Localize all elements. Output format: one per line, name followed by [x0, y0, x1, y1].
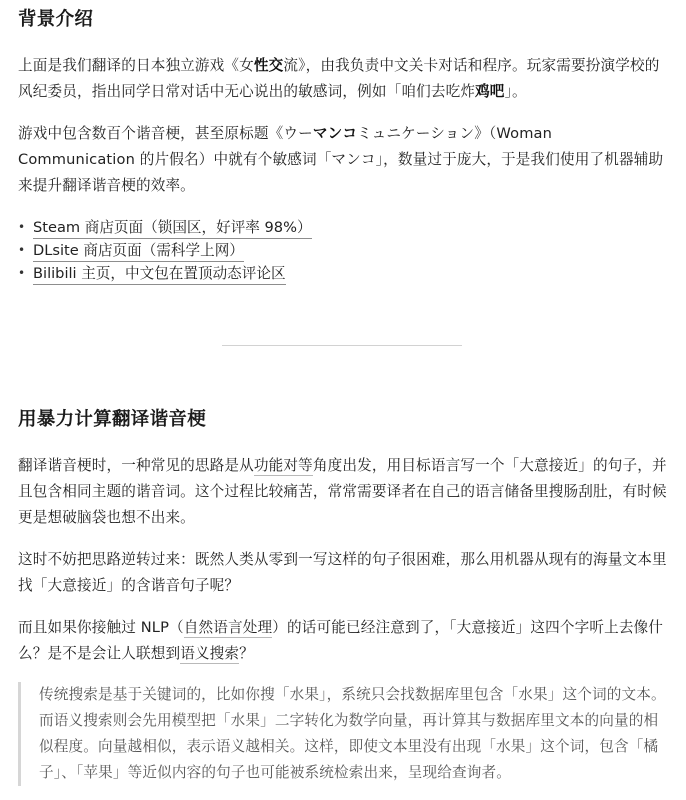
section-divider	[222, 345, 462, 346]
bullet-icon: •	[18, 216, 25, 239]
section-heading-brute-force: 用暴力计算翻译谐音梗	[18, 407, 206, 433]
semantic-search-link[interactable]: 语义搜索	[180, 645, 239, 664]
bullet-icon: •	[18, 239, 25, 262]
list-item: • Steam 商店页面（锁国区，好评率 98%）	[18, 216, 668, 239]
pun-count-paragraph: 游戏中包含数百个谐音梗，甚至原标题《ウーマンコミュニケーション》（Woman C…	[18, 121, 668, 199]
section-heading-background: 背景介绍	[18, 7, 93, 33]
nlp-link[interactable]: 自然语言处理	[184, 619, 272, 638]
dlsite-store-link[interactable]: DLsite 商店页面（需科学上网）	[33, 242, 244, 262]
functional-equivalence-link[interactable]: 功能对等	[254, 457, 313, 476]
semantic-search-quote: 传统搜索是基于关键词的，比如你搜「水果」，系统只会找数据库里包含「水果」这个词的…	[18, 682, 669, 786]
bold-highlight: マンコ	[313, 125, 357, 142]
list-item: • DLsite 商店页面（需科学上网）	[18, 239, 668, 262]
bold-highlight: 性交	[254, 57, 284, 74]
steam-store-link[interactable]: Steam 商店页面（锁国区，好评率 98%）	[33, 219, 312, 239]
bullet-icon: •	[18, 262, 25, 285]
reverse-thinking-paragraph: 这时不妨把思路逆转过来：既然人类从零到一写这样的句子很困难，那么用机器从现有的海…	[18, 547, 668, 599]
bilibili-page-link[interactable]: Bilibili 主页，中文包在置顶动态评论区	[33, 265, 286, 285]
intro-paragraph: 上面是我们翻译的日本独立游戏《女性交流》，由我负责中文关卡对话和程序。玩家需要扮…	[18, 53, 668, 105]
nlp-paragraph: 而且如果你接触过 NLP（自然语言处理）的话可能已经注意到了，「大意接近」这四个…	[18, 615, 668, 667]
list-item: • Bilibili 主页，中文包在置顶动态评论区	[18, 262, 668, 285]
quote-text: 传统搜索是基于关键词的，比如你搜「水果」，系统只会找数据库里包含「水果」这个词的…	[39, 682, 669, 786]
external-links-list: • Steam 商店页面（锁国区，好评率 98%） • DLsite 商店页面（…	[18, 216, 668, 285]
bold-highlight: 鸡吧	[475, 83, 505, 100]
translation-approach-paragraph: 翻译谐音梗时，一种常见的思路是从功能对等角度出发，用目标语言写一个「大意接近」的…	[18, 453, 668, 531]
